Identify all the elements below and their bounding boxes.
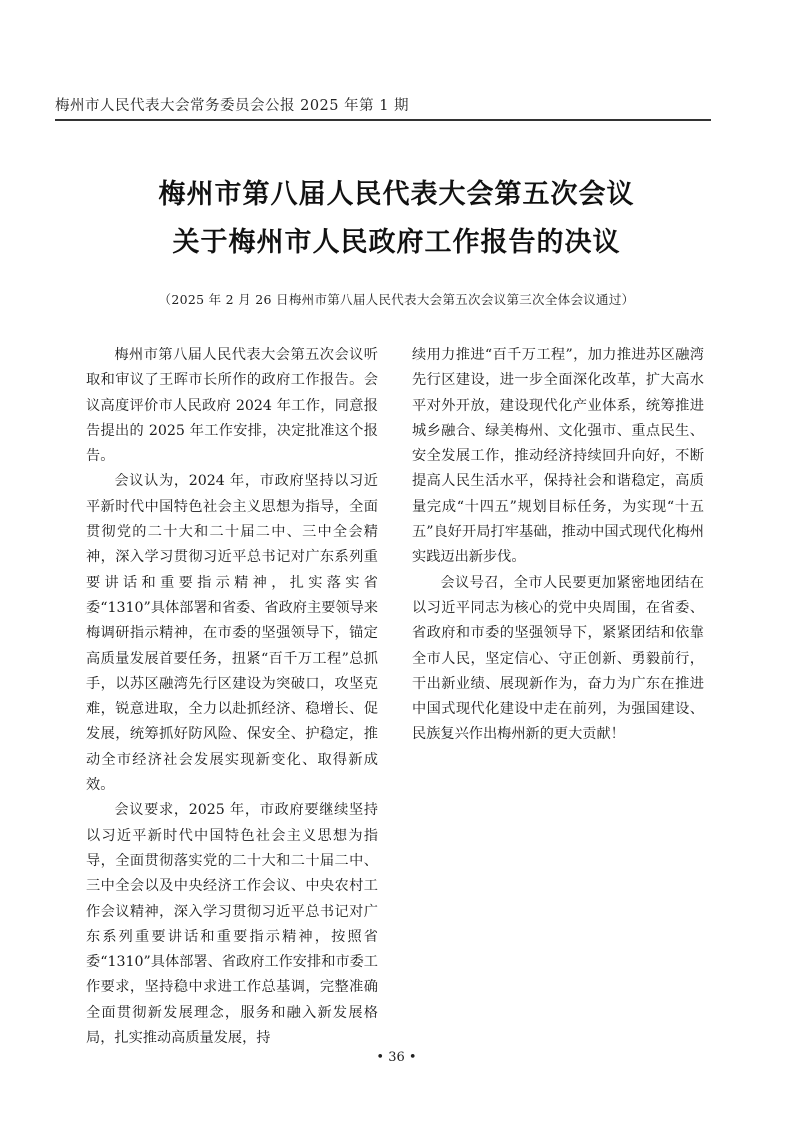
document-title-line-2: 关于梅州市人民政府工作报告的决议 bbox=[0, 220, 793, 259]
paragraph-continuation: 续用力推进“百千万工程”，加力推进苏区融湾先行区建设，进一步全面深化改革，扩大高… bbox=[412, 343, 704, 571]
running-header: 梅州市人民代表大会常务委员会公报 2025 年第 1 期 bbox=[55, 94, 711, 115]
left-column: 梅州市第八届人民代表大会第五次会议听取和审议了王晖市长所作的政府工作报告。会议高… bbox=[86, 343, 378, 1051]
document-subtitle: （2025 年 2 月 26 日梅州市第八届人民代表大会第五次会议第三次全体会议… bbox=[0, 290, 793, 308]
paragraph: 会议号召，全市人民要更加紧密地团结在以习近平同志为核心的党中央周围，在省委、省政… bbox=[412, 571, 704, 748]
paragraph: 会议要求，2025 年，市政府要继续坚持以习近平新时代中国特色社会主义思想为指导… bbox=[86, 798, 378, 1051]
header-rule bbox=[55, 119, 711, 121]
right-column: 续用力推进“百千万工程”，加力推进苏区融湾先行区建设，进一步全面深化改革，扩大高… bbox=[412, 343, 704, 748]
paragraph: 会议认为，2024 年，市政府坚持以习近平新时代中国特色社会主义思想为指导，全面… bbox=[86, 469, 378, 798]
document-title-line-1: 梅州市第八届人民代表大会第五次会议 bbox=[0, 172, 793, 211]
paragraph: 梅州市第八届人民代表大会第五次会议听取和审议了王晖市长所作的政府工作报告。会议高… bbox=[86, 343, 378, 469]
page-number: • 36 • bbox=[0, 1050, 793, 1065]
